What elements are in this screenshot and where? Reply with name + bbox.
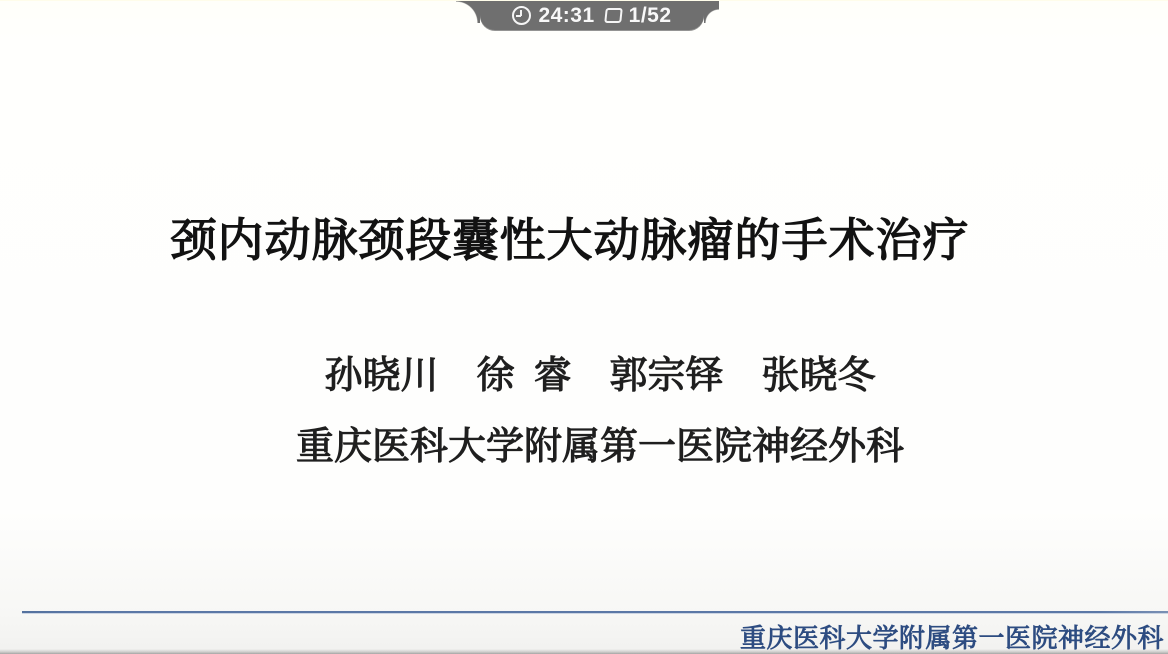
slide-page-icon	[604, 8, 623, 23]
clock-icon	[512, 6, 531, 25]
affiliation-line: 重庆医科大学附属第一医院神经外科	[30, 415, 1168, 470]
player-status-tab[interactable]: 24:31 1/52	[480, 1, 704, 30]
elapsed-time: 24:31	[538, 4, 594, 28]
footer-affiliation: 重庆医科大学附属第一医院神经外科	[740, 620, 1164, 654]
slide-counter: 1/52	[629, 4, 672, 28]
footer-divider	[22, 611, 1168, 614]
presentation-slide: 24:31 1/52 颈内动脉颈段囊性大动脉瘤的手术治疗 孙晓川 徐 睿 郭宗铎…	[0, 0, 1168, 654]
authors-line: 孙晓川 徐 睿 郭宗铎 张晓冬	[30, 344, 1168, 399]
slide-title: 颈内动脉颈段囊性大动脉瘤的手术治疗	[0, 204, 1154, 270]
